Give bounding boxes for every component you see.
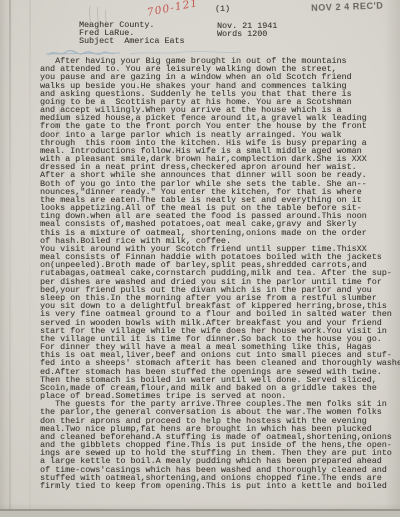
paper-crease — [29, 0, 31, 517]
header-author-block: Meagher County.Fred LaRue.Subject Americ… — [79, 21, 185, 46]
typed-body-text: After having your Big game brought in ou… — [40, 57, 400, 490]
red-file-number-annotation: 700-121 — [146, 0, 199, 19]
header-line: Subject America Eats — [79, 37, 185, 45]
header-line: Words 1200 — [217, 30, 277, 38]
paper-crease — [9, 0, 11, 517]
header-date-block: Nov. 21 1941Words 1200 — [217, 22, 277, 38]
received-stamp: NOV 2 4 REC'D — [311, 0, 384, 14]
document-page: NOV 2 4 REC'D 700-121 (1) Meagher County… — [0, 0, 400, 517]
typed-line: firmly tied to keep from opening.This is… — [40, 482, 400, 490]
paper-backing — [0, 511, 400, 517]
page-number: (1) — [215, 5, 230, 13]
